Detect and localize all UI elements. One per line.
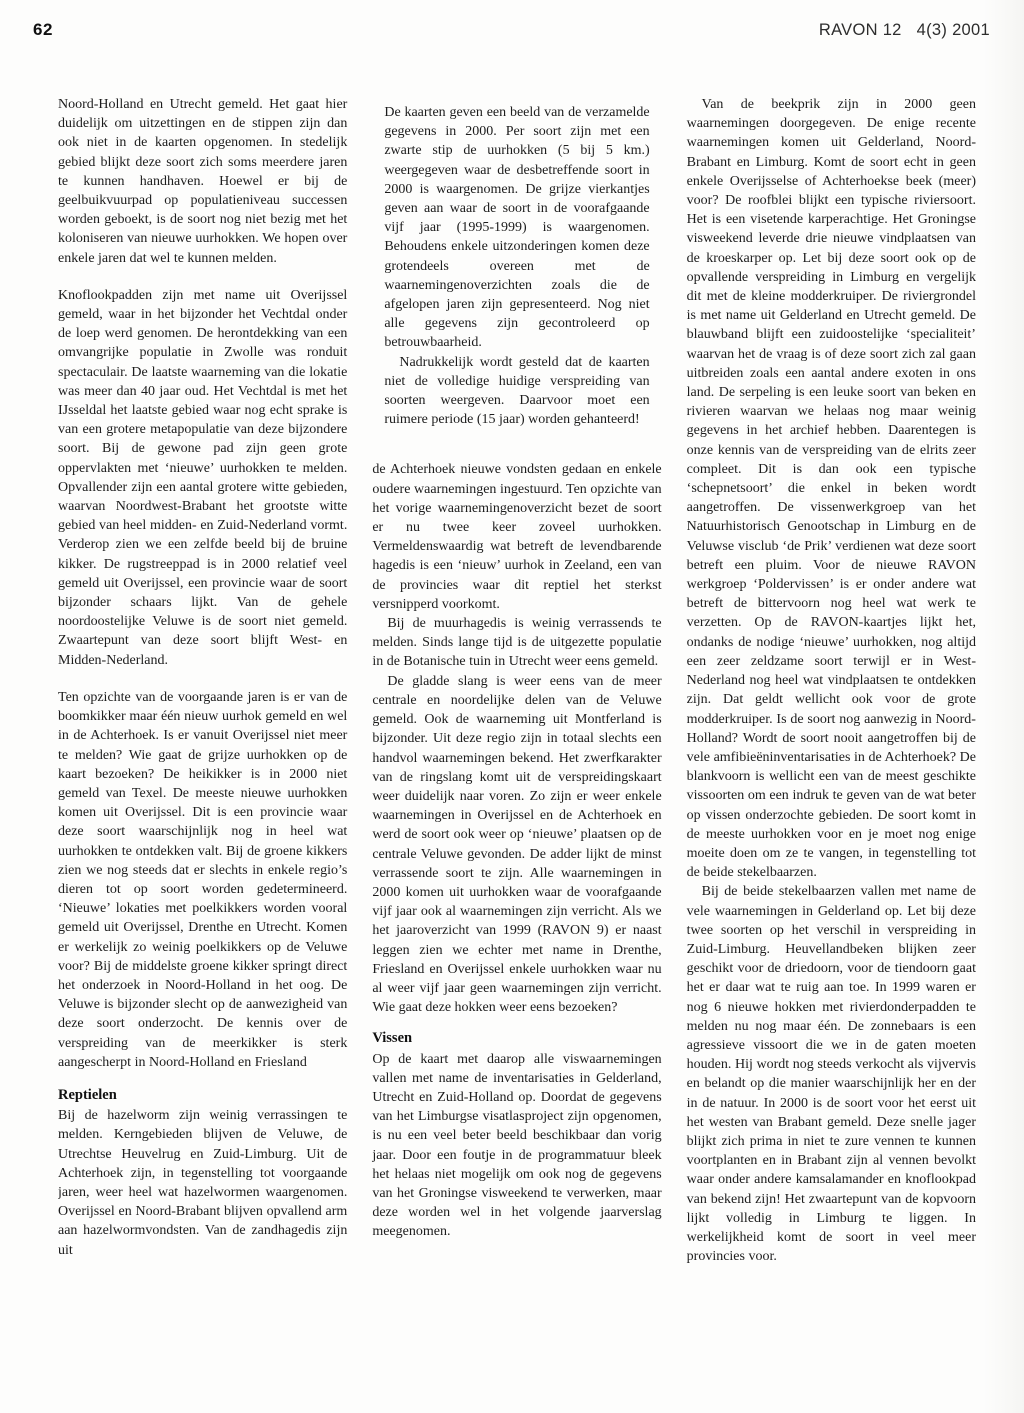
paragraph: Op de kaart met daarop alle viswaarnemin… (372, 1050, 661, 1242)
section-heading-reptielen: Reptielen (58, 1086, 347, 1105)
journal-issue: 4(3) 2001 (917, 21, 990, 39)
paragraph: Van de beekprik zijn in 2000 geen waarne… (687, 95, 976, 882)
article-columns: Noord-Holland en Utrecht gemeld. Het gaa… (58, 95, 976, 1413)
journal-page: 62 RAVON 124(3) 2001 Noord-Holland en Ut… (0, 0, 1024, 1413)
paragraph: de Achterhoek nieuwe vondsten gedaan en … (372, 460, 661, 614)
paragraph: Knoflookpadden zijn met name uit Overijs… (58, 286, 347, 670)
paragraph: Ten opzichte van de voorgaande jaren is … (58, 688, 347, 1072)
paragraph: De gladde slang is weer eens van de meer… (372, 672, 661, 1018)
intro-paragraph: Nadrukkelijk wordt gesteld dat de kaarte… (384, 353, 649, 430)
journal-volume: RAVON 12 (819, 21, 902, 39)
journal-reference: RAVON 124(3) 2001 (819, 21, 990, 40)
paragraph: Bij de beide stekelbaarzen vallen met na… (687, 882, 976, 1266)
text-column-1: Noord-Holland en Utrecht gemeld. Het gaa… (58, 95, 347, 1413)
paragraph: Bij de hazelworm zijn weinig verrassinge… (58, 1106, 347, 1260)
intro-paragraph: De kaarten geven een beeld van de verzam… (384, 103, 649, 353)
page-number: 62 (33, 20, 53, 40)
page-header: 62 RAVON 124(3) 2001 (33, 20, 990, 40)
text-column-3: Van de beekprik zijn in 2000 geen waarne… (687, 95, 976, 1413)
section-heading-vissen: Vissen (372, 1029, 661, 1048)
paragraph: Noord-Holland en Utrecht gemeld. Het gaa… (58, 95, 347, 268)
intro-block: De kaarten geven een beeld van de verzam… (384, 103, 649, 429)
text-column-2: De kaarten geven een beeld van de verzam… (372, 95, 661, 1413)
paragraph: Bij de muurhagedis is weinig verrassends… (372, 614, 661, 672)
